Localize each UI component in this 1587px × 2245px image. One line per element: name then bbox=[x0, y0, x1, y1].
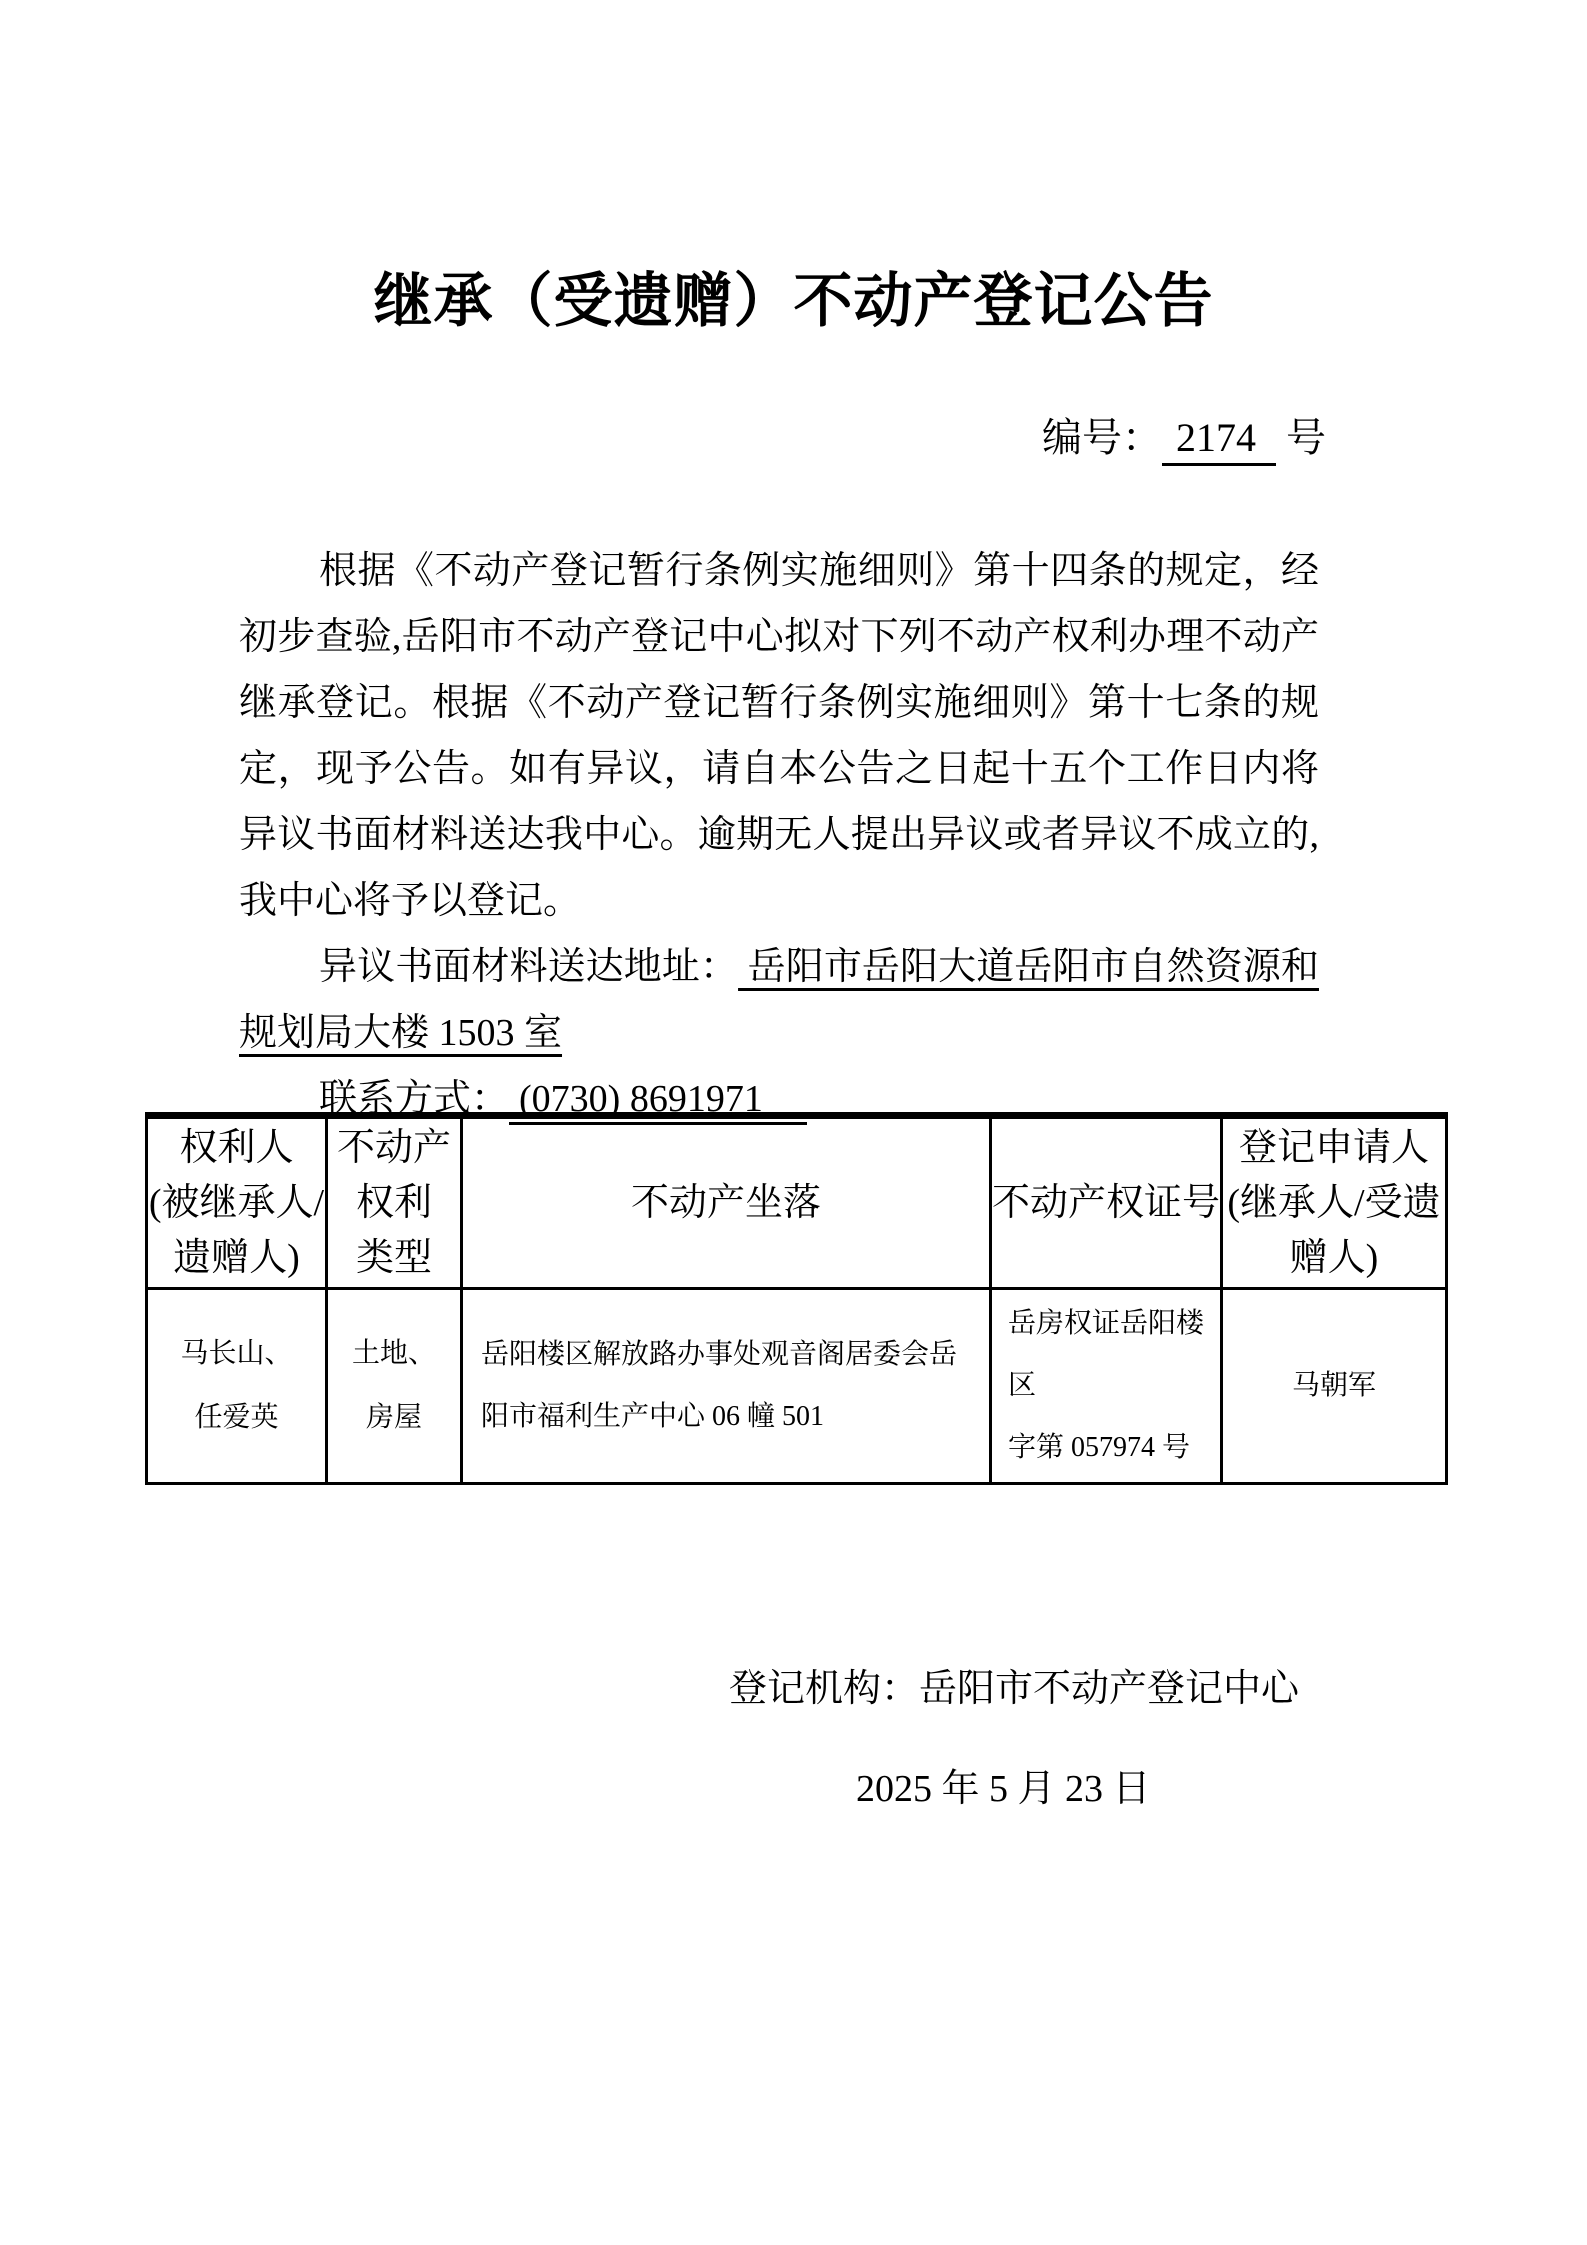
page-title: 继承（受遗赠）不动产登记公告 bbox=[0, 253, 1587, 338]
serial-line: 编号：2174 号 bbox=[1042, 406, 1326, 466]
col-header-right-type: 不动产 权利 类型 bbox=[327, 1116, 462, 1289]
cell-cert-no: 岳房权证岳阳楼区 字第 057974 号 bbox=[991, 1289, 1222, 1484]
cell-right-type: 土地、 房屋 bbox=[327, 1289, 462, 1484]
table-data-row: 马长山、 任爱英 土地、 房屋 岳阳楼区解放路办事处观音阁居委会岳 阳市福利生产… bbox=[147, 1289, 1447, 1484]
serial-label: 编号： bbox=[1042, 415, 1162, 460]
announcement-date: 2025 年 5 月 23 日 bbox=[856, 1757, 1151, 1812]
address-label: 异议书面材料送达地址： bbox=[319, 946, 738, 988]
serial-suffix: 号 bbox=[1276, 415, 1326, 460]
announcement-document: 继承（受遗赠）不动产登记公告 编号：2174 号 根据《不动产登记暂行条例实施细… bbox=[0, 0, 1587, 2245]
notice-paragraph: 根据《不动产登记暂行条例实施细则》第十四条的规定，经初步查验,岳阳市不动产登记中… bbox=[239, 538, 1319, 934]
address-line: 异议书面材料送达地址： 岳阳市岳阳大道岳阳市自然资源和规划局大楼 1503 室 bbox=[239, 934, 1319, 1066]
col-header-owner: 权利人 (被继承人/ 遗赠人) bbox=[147, 1116, 327, 1289]
col-header-cert-no: 不动产权证号 bbox=[991, 1116, 1222, 1289]
body-text: 根据《不动产登记暂行条例实施细则》第十四条的规定，经初步查验,岳阳市不动产登记中… bbox=[239, 538, 1319, 1132]
property-table: 权利人 (被继承人/ 遗赠人) 不动产 权利 类型 不动产坐落 不动产权证号 登… bbox=[145, 1112, 1448, 1485]
cell-owner: 马长山、 任爱英 bbox=[147, 1289, 327, 1484]
col-header-location: 不动产坐落 bbox=[462, 1116, 991, 1289]
serial-number: 2174 bbox=[1162, 414, 1276, 466]
cell-applicant: 马朝军 bbox=[1222, 1289, 1447, 1484]
registration-authority: 登记机构：岳阳市不动产登记中心 bbox=[729, 1657, 1299, 1712]
col-header-applicant: 登记申请人 (继承人/受遗 赠人) bbox=[1222, 1116, 1447, 1289]
table-header-row: 权利人 (被继承人/ 遗赠人) 不动产 权利 类型 不动产坐落 不动产权证号 登… bbox=[147, 1116, 1447, 1289]
cell-location: 岳阳楼区解放路办事处观音阁居委会岳 阳市福利生产中心 06 幢 501 bbox=[462, 1289, 991, 1484]
